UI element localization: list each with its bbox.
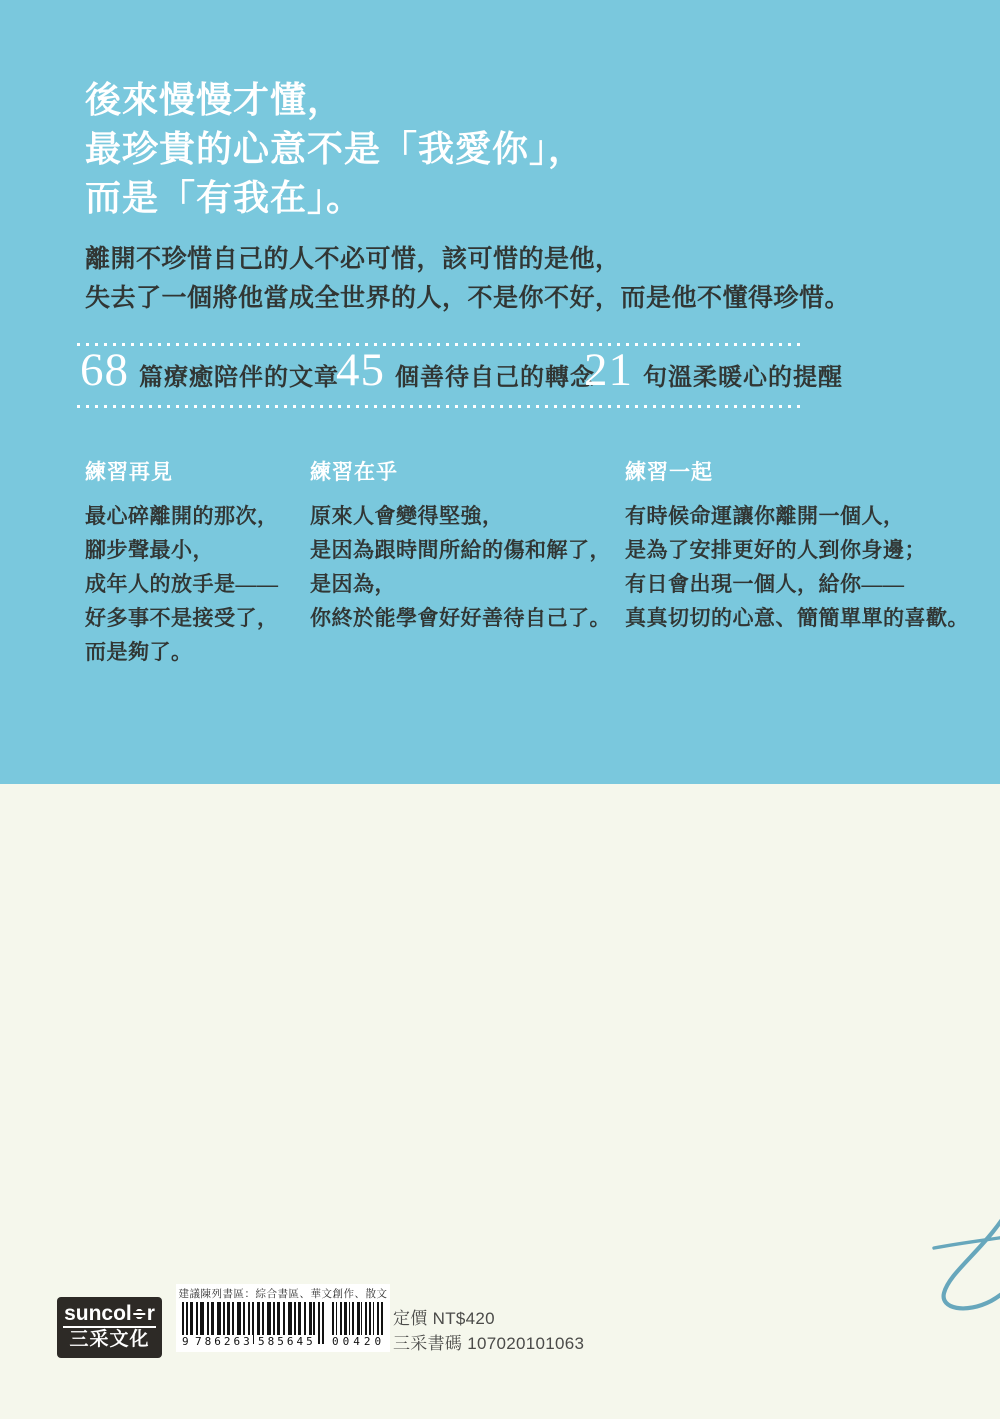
barcode-label: 建議陳列書區：綜合書區、華文創作、散文 [176, 1284, 390, 1352]
hero-line-3: 而是「有我在」。 [85, 174, 585, 223]
book-code-label: 三采書碼 107020101063 [393, 1331, 584, 1356]
lead-paragraph: 離開不珍惜自己的人不必可惜，該可惜的是他， 失去了一個將他當成全世界的人，不是你… [85, 240, 850, 318]
column-title: 練習在乎 [310, 456, 611, 486]
publisher-brand-left: suncol [64, 1303, 132, 1325]
sun-logo-icon [133, 1308, 146, 1321]
stat-reminders-number: 21 [584, 348, 633, 392]
dotted-divider-bottom [77, 405, 800, 408]
dotted-divider-top [77, 343, 800, 346]
barcode: 9 786263 585645 00420 [182, 1302, 384, 1350]
column-line: 有時候命運讓你離開一個人， [625, 499, 969, 533]
column-practice-together: 練習一起 有時候命運讓你離開一個人， 是為了安排更好的人到你身邊； 有日會出現一… [625, 456, 969, 635]
column-line: 原來人會變得堅強， [310, 499, 611, 533]
hero-headline: 後來慢慢才懂， 最珍貴的心意不是「我愛你」， 而是「有我在」。 [85, 76, 585, 223]
hero-line-2: 最珍貴的心意不是「我愛你」， [85, 125, 585, 174]
lead-line-1: 離開不珍惜自己的人不必可惜，該可惜的是他， [85, 240, 850, 279]
publisher-brand: suncol r [63, 1303, 156, 1328]
column-line: 成年人的放手是—— [85, 567, 279, 601]
stat-reminders-label: 句溫柔暖心的提醒 [643, 357, 843, 392]
publisher-logo: suncol r 三采文化 [57, 1297, 162, 1358]
column-line: 有日會出現一個人，給你—— [625, 567, 969, 601]
publisher-brand-right: r [147, 1303, 155, 1325]
price-block: 定價 NT$420 三采書碼 107020101063 [393, 1306, 584, 1356]
column-title: 練習再見 [85, 456, 279, 486]
publisher-name: 三采文化 [69, 1328, 149, 1352]
column-line: 是為了安排更好的人到你身邊； [625, 533, 969, 567]
stat-mindshifts: 45 個善待自己的轉念 [336, 348, 595, 396]
stat-mindshifts-number: 45 [336, 348, 385, 392]
column-line: 是因為， [310, 567, 611, 601]
book-back-cover: 後來慢慢才懂， 最珍貴的心意不是「我愛你」， 而是「有我在」。 離開不珍惜自己的… [0, 0, 1000, 1419]
column-line: 最心碎離開的那次， [85, 499, 279, 533]
column-line: 真真切切的心意、簡簡單單的喜歡。 [625, 601, 969, 635]
stat-reminders: 21 句溫柔暖心的提醒 [584, 348, 843, 396]
stat-articles-label: 篇療癒陪伴的文章 [139, 357, 339, 392]
column-line: 是因為跟時間所給的傷和解了， [310, 533, 611, 567]
ean-lead-digit: 9 [182, 1335, 189, 1348]
column-line: 而是夠了。 [85, 635, 279, 669]
ean-addon-digits: 00420 [332, 1335, 385, 1348]
stat-articles: 68 篇療癒陪伴的文章 [80, 348, 339, 396]
column-title: 練習一起 [625, 456, 969, 486]
ean5-addon-bars [332, 1302, 384, 1335]
column-line: 你終於能學會好好善待自己了。 [310, 601, 611, 635]
script-letter-t-icon [925, 1188, 1000, 1363]
stat-mindshifts-label: 個善待自己的轉念 [395, 357, 595, 392]
column-line: 好多事不是接受了， [85, 601, 279, 635]
column-practice-goodbye: 練習再見 最心碎離開的那次， 腳步聲最小， 成年人的放手是—— 好多事不是接受了… [85, 456, 279, 669]
column-line: 腳步聲最小， [85, 533, 279, 567]
ean-digit-group-2: 585645 [258, 1335, 316, 1348]
column-practice-caring: 練習在乎 原來人會變得堅強， 是因為跟時間所給的傷和解了， 是因為， 你終於能學… [310, 456, 611, 635]
ean-digit-group-1: 786263 [195, 1335, 253, 1348]
hero-line-1: 後來慢慢才懂， [85, 76, 585, 125]
price-label: 定價 NT$420 [393, 1306, 584, 1331]
lead-line-2: 失去了一個將他當成全世界的人，不是你不好，而是他不懂得珍惜。 [85, 279, 850, 318]
shelf-category-note: 建議陳列書區：綜合書區、華文創作、散文 [179, 1288, 388, 1300]
stat-articles-number: 68 [80, 348, 129, 392]
